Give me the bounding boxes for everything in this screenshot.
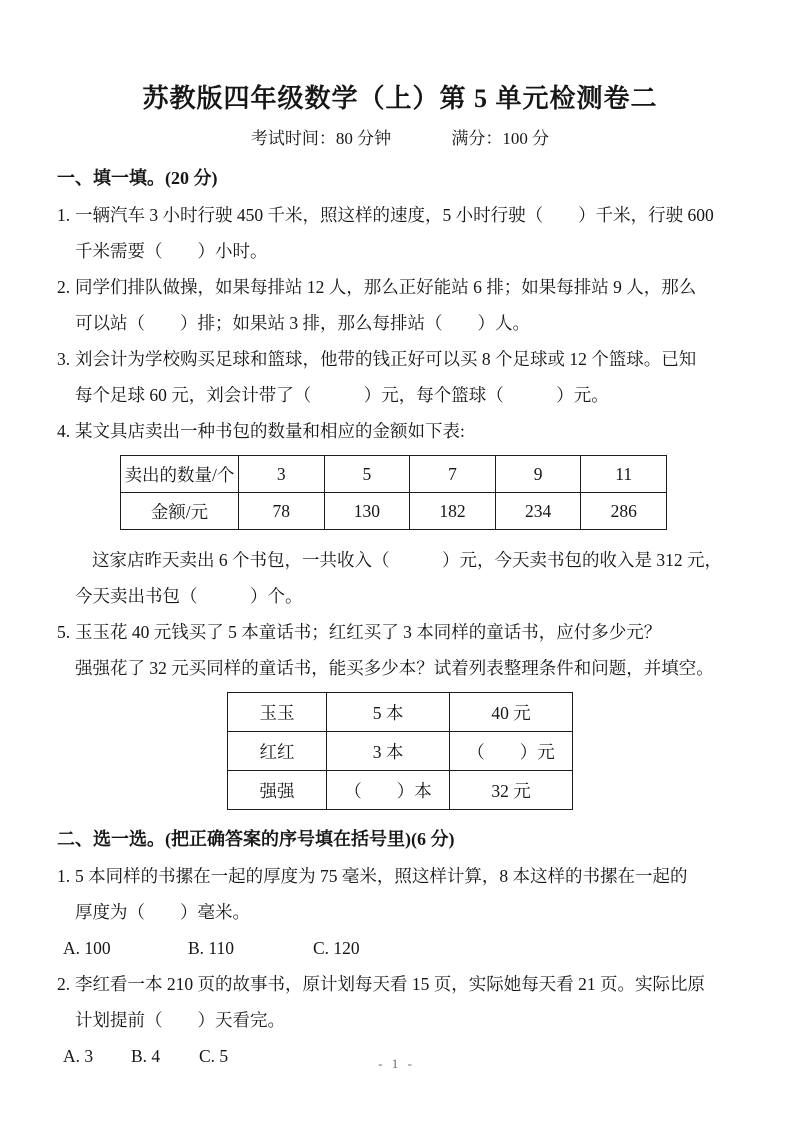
question-line: 这家店昨天卖出 6 个书包，一共收入（ ）元，今天卖书包的收入是 312 元， bbox=[57, 542, 743, 578]
table-cell: 强强 bbox=[228, 771, 327, 810]
question-line: 今天卖出书包（ ）个。 bbox=[57, 578, 743, 614]
question-text: 同学们排队做操，如果每排站 12 人，那么正好能站 6 排；如果每排站 9 人，… bbox=[75, 277, 696, 297]
option-c: C. 120 bbox=[313, 930, 360, 966]
question-line: 每个足球 60 元，刘会计带了（ ）元，每个篮球（ ）元。 bbox=[57, 377, 743, 413]
question-text: 玉玉花 40 元钱买了 5 本童话书；红红买了 3 本同样的童话书，应付多少元？ bbox=[75, 622, 661, 642]
question-line: 千米需要（ ）小时。 bbox=[57, 233, 743, 269]
table-cell: 40 元 bbox=[450, 693, 573, 732]
table-cell: 286 bbox=[581, 493, 667, 530]
exam-time-label: 考试时间：80 分钟 bbox=[251, 129, 391, 148]
question-4: 4.某文具店卖出一种书包的数量和相应的金额如下表: bbox=[57, 413, 743, 449]
table-row: 强强 （ ）本 32 元 bbox=[228, 771, 573, 810]
table-cell: 182 bbox=[410, 493, 496, 530]
table-cell: （ ）元 bbox=[450, 732, 573, 771]
question-line: 5.玉玉花 40 元钱买了 5 本童话书；红红买了 3 本同样的童话书，应付多少… bbox=[57, 614, 743, 650]
question-line: 1.5 本同样的书摞在一起的厚度为 75 毫米，照这样计算，8 本这样的书摞在一… bbox=[57, 858, 743, 894]
table-cell: 5 本 bbox=[327, 693, 450, 732]
option-b: B. 110 bbox=[188, 930, 313, 966]
question-text: 某文具店卖出一种书包的数量和相应的金额如下表: bbox=[75, 421, 465, 441]
question-3: 3.刘会计为学校购买足球和篮球，他带的钱正好可以买 8 个足球或 12 个篮球。… bbox=[57, 341, 743, 413]
table-cell: 5 bbox=[324, 456, 410, 493]
page-number: - 1 - bbox=[0, 1056, 793, 1072]
question-5: 5.玉玉花 40 元钱买了 5 本童话书；红红买了 3 本同样的童话书，应付多少… bbox=[57, 614, 743, 686]
question-text: 李红看一本 210 页的故事书，原计划每天看 15 页，实际她每天看 21 页。… bbox=[75, 974, 705, 994]
question-number: 1. bbox=[57, 858, 75, 894]
question-number: 4. bbox=[57, 413, 75, 449]
question-line: 厚度为（ ）毫米。 bbox=[57, 894, 743, 930]
table-row: 金额/元 78 130 182 234 286 bbox=[121, 493, 667, 530]
question-number: 1. bbox=[57, 197, 75, 233]
question-2: 2.同学们排队做操，如果每排站 12 人，那么正好能站 6 排；如果每排站 9 … bbox=[57, 269, 743, 341]
table-row: 卖出的数量/个 3 5 7 9 11 bbox=[121, 456, 667, 493]
options-row: A. 100B. 110C. 120 bbox=[57, 930, 743, 966]
question-text: 5 本同样的书摞在一起的厚度为 75 毫米，照这样计算，8 本这样的书摞在一起的 bbox=[75, 866, 688, 886]
question-line: 1.一辆汽车 3 小时行驶 450 千米，照这样的速度，5 小时行驶（ ）千米，… bbox=[57, 197, 743, 233]
table-row: 玉玉 5 本 40 元 bbox=[228, 693, 573, 732]
question-line: 可以站（ ）排；如果站 3 排，那么每排站（ ）人。 bbox=[57, 305, 743, 341]
question-number: 3. bbox=[57, 341, 75, 377]
question-text: 一辆汽车 3 小时行驶 450 千米，照这样的速度，5 小时行驶（ ）千米，行驶… bbox=[75, 205, 714, 225]
table-cell: 红红 bbox=[228, 732, 327, 771]
question-line: 计划提前（ ）天看完。 bbox=[57, 1002, 743, 1038]
table-cell: 3 bbox=[239, 456, 325, 493]
q5-fill-table: 玉玉 5 本 40 元 红红 3 本 （ ）元 强强 （ ）本 32 元 bbox=[227, 692, 573, 810]
table-cell: 11 bbox=[581, 456, 667, 493]
table-cell: （ ）本 bbox=[327, 771, 450, 810]
table-cell: 78 bbox=[239, 493, 325, 530]
section1-heading: 一、填一填。(20 分) bbox=[57, 160, 743, 197]
table-cell: 3 本 bbox=[327, 732, 450, 771]
question-line: 3.刘会计为学校购买足球和篮球，他带的钱正好可以买 8 个足球或 12 个篮球。… bbox=[57, 341, 743, 377]
table-cell: 130 bbox=[324, 493, 410, 530]
table-cell: 金额/元 bbox=[121, 493, 239, 530]
question-number: 2. bbox=[57, 966, 75, 1002]
full-score-label: 满分：100 分 bbox=[451, 129, 549, 148]
question-line: 强强花了 32 元买同样的童话书，能买多少本？试着列表整理条件和问题，并填空。 bbox=[57, 650, 743, 686]
q4-data-table: 卖出的数量/个 3 5 7 9 11 金额/元 78 130 182 234 2… bbox=[120, 455, 667, 530]
question-line: 4.某文具店卖出一种书包的数量和相应的金额如下表: bbox=[57, 413, 743, 449]
table-cell: 234 bbox=[495, 493, 581, 530]
question-1: 1.一辆汽车 3 小时行驶 450 千米，照这样的速度，5 小时行驶（ ）千米，… bbox=[57, 197, 743, 269]
question-text: 刘会计为学校购买足球和篮球，他带的钱正好可以买 8 个足球或 12 个篮球。已知 bbox=[75, 349, 696, 369]
table-row: 红红 3 本 （ ）元 bbox=[228, 732, 573, 771]
option-a: A. 100 bbox=[63, 930, 188, 966]
exam-paper-page: 苏教版四年级数学（上）第 5 单元检测卷二 考试时间：80 分钟 满分：100 … bbox=[0, 0, 793, 1122]
table-cell: 玉玉 bbox=[228, 693, 327, 732]
choice-question-1: 1.5 本同样的书摞在一起的厚度为 75 毫米，照这样计算，8 本这样的书摞在一… bbox=[57, 858, 743, 966]
table-cell: 卖出的数量/个 bbox=[121, 456, 239, 493]
table-cell: 7 bbox=[410, 456, 496, 493]
question-number: 5. bbox=[57, 614, 75, 650]
question-number: 2. bbox=[57, 269, 75, 305]
question-line: 2.同学们排队做操，如果每排站 12 人，那么正好能站 6 排；如果每排站 9 … bbox=[57, 269, 743, 305]
page-title: 苏教版四年级数学（上）第 5 单元检测卷二 bbox=[57, 84, 743, 114]
question-4-followup: 这家店昨天卖出 6 个书包，一共收入（ ）元，今天卖书包的收入是 312 元， … bbox=[57, 542, 743, 614]
table-cell: 9 bbox=[495, 456, 581, 493]
exam-meta: 考试时间：80 分钟 满分：100 分 bbox=[57, 129, 743, 149]
table-cell: 32 元 bbox=[450, 771, 573, 810]
question-line: 2.李红看一本 210 页的故事书，原计划每天看 15 页，实际她每天看 21 … bbox=[57, 966, 743, 1002]
section2-heading: 二、选一选。(把正确答案的序号填在括号里)(6 分) bbox=[57, 821, 743, 858]
